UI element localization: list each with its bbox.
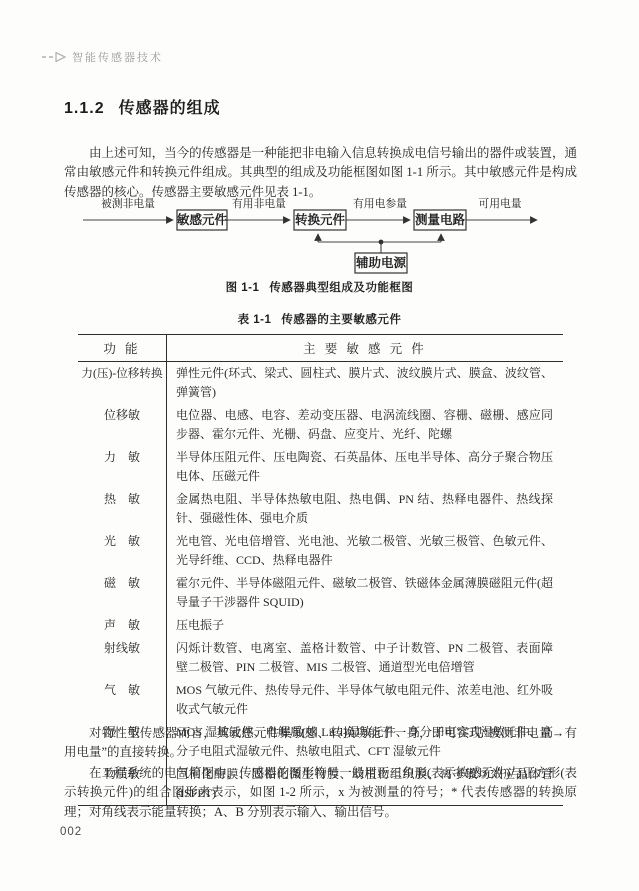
diagram-box-measure-label: 测量电路 — [415, 212, 466, 227]
diagram-box-convert-label: 转换元件 — [295, 212, 346, 227]
diagram-junction-dot — [379, 240, 384, 245]
running-header-text: 智能传感器技术 — [72, 49, 163, 65]
row-func: 热 敏 — [78, 488, 167, 530]
row-elements: 半导体压阻元件、压电陶瓷、石英晶体、压电半导体、高分子聚合物压电体、压磁元件 — [167, 446, 564, 488]
book-page: 智能传感器技术 1.1.2传感器的组成 由上述可知，当今的传感器是一种能把非电输… — [0, 0, 639, 891]
diagram-box-sense: 敏感元件 — [177, 210, 228, 230]
diagram-box-aux-power: 辅助电源 — [355, 253, 407, 273]
row-func: 声 敏 — [78, 614, 167, 637]
table-header-elements: 主 要 敏 感 元 件 — [167, 335, 564, 362]
flow-label-after-convert: 有用电参量 — [353, 196, 407, 210]
row-func: 磁 敏 — [78, 572, 167, 614]
row-func: 力 敏 — [78, 446, 167, 488]
row-elements: 光电管、光电倍增管、光电池、光敏二极管、光敏三极管、色敏元件、光导纤维、CCD、… — [167, 530, 564, 572]
diagram-box-sense-label: 敏感元件 — [177, 212, 228, 227]
flow-label-input: 被测非电量 — [101, 196, 155, 210]
row-elements: 金属热电阻、半导体热敏电阻、热电偶、PN 结、热释电器件、热线探针、强磁性体、强… — [167, 488, 564, 530]
row-func: 力(压)-位移转换 — [78, 362, 167, 405]
figure-caption-text: 传感器典型组成及功能框图 — [269, 282, 413, 294]
table-row: 光 敏 光电管、光电倍增管、光电池、光敏二极管、光敏三极管、色敏元件、光导纤维、… — [78, 530, 563, 572]
paragraph-intro: 由上述可知，当今的传感器是一种能把非电输入信息转换成电信号输出的器件或装置，通常… — [64, 144, 577, 203]
row-elements: 霍尔元件、半导体磁阻元件、磁敏二极管、铁磁体金属薄膜磁阻元件(超导量子干涉器件 … — [167, 572, 564, 614]
flow-label-after-sense: 有用非电量 — [232, 196, 286, 210]
chapter-arrow-icon — [42, 52, 66, 62]
diagram-box-convert: 转换元件 — [294, 210, 346, 230]
section-number: 1.1.2 — [64, 100, 105, 117]
row-func: 位移敏 — [78, 404, 167, 446]
section-title: 传感器的组成 — [119, 100, 221, 117]
table-row: 气 敏 MOS 气敏元件、热传导元件、半导体气敏电阻元件、浓差电池、红外吸收式气… — [78, 679, 563, 721]
figure-caption: 图 1-1传感器典型组成及功能框图 — [0, 279, 639, 295]
row-func: 射线敏 — [78, 637, 167, 679]
row-func: 光 敏 — [78, 530, 167, 572]
table-header-row: 功 能 主 要 敏 感 元 件 — [78, 335, 563, 362]
row-func: 气 敏 — [78, 679, 167, 721]
row-elements: 闪烁计数管、电离室、盖格计数管、中子计数管、PN 二极管、表面障壁二极管、PIN… — [167, 637, 564, 679]
paragraph-physical-sensor: 对物性型传感器而言，其敏感元件集敏感、转换功能于一身，即可实现“被测非电量→有用… — [64, 724, 577, 764]
table-row: 力 敏 半导体压阻元件、压电陶瓷、石英晶体、压电半导体、高分子聚合物压电体、压磁… — [78, 446, 563, 488]
table-row: 磁 敏 霍尔元件、半导体磁阻元件、磁敏二极管、铁磁体金属薄膜磁阻元件(超导量子干… — [78, 572, 563, 614]
table-row: 声 敏 压电振子 — [78, 614, 563, 637]
sensor-block-diagram: 敏感元件 转换元件 测量电路 辅助电源 被测非电量 有用非电量 有 — [0, 195, 639, 290]
flow-label-output: 可用电量 — [478, 196, 521, 210]
row-elements: 压电振子 — [167, 614, 564, 637]
table-title: 表 1-1传感器的主要敏感元件 — [0, 311, 639, 327]
page-number: 002 — [60, 826, 82, 838]
table-header-func: 功 能 — [78, 335, 167, 362]
diagram-box-aux-power-label: 辅助电源 — [355, 255, 407, 270]
table-row: 热 敏 金属热电阻、半导体热敏电阻、热电偶、PN 结、热释电器件、热线探针、强磁… — [78, 488, 563, 530]
running-header: 智能传感器技术 — [42, 49, 163, 65]
row-elements: 电位器、电感、电容、差动变压器、电涡流线圈、容栅、磁栅、感应同步器、霍尔元件、光… — [167, 404, 564, 446]
row-elements: MOS 气敏元件、热传导元件、半导体气敏电阻元件、浓差电池、红外吸收式气敏元件 — [167, 679, 564, 721]
row-elements: 弹性元件(环式、梁式、圆柱式、膜片式、波纹膜片式、膜盒、波纹管、弹簧管) — [167, 362, 564, 405]
paragraph-symbol-convention: 在工程系统的电气简图中，传感器的图形符号一般用正三角形(表示敏感元件)与正方形(… — [64, 764, 577, 823]
diagram-box-measure: 测量电路 — [414, 210, 466, 230]
figure-number: 图 1-1 — [226, 282, 260, 294]
table-title-text: 传感器的主要敏感元件 — [281, 314, 401, 326]
table-row: 位移敏 电位器、电感、电容、差动变压器、电涡流线圈、容栅、磁栅、感应同步器、霍尔… — [78, 404, 563, 446]
table-number: 表 1-1 — [238, 314, 272, 326]
section-heading: 1.1.2传感器的组成 — [64, 95, 221, 118]
table-row: 力(压)-位移转换 弹性元件(环式、梁式、圆柱式、膜片式、波纹膜片式、膜盒、波纹… — [78, 362, 563, 405]
table-row: 射线敏 闪烁计数管、电离室、盖格计数管、中子计数管、PN 二极管、表面障壁二极管… — [78, 637, 563, 679]
